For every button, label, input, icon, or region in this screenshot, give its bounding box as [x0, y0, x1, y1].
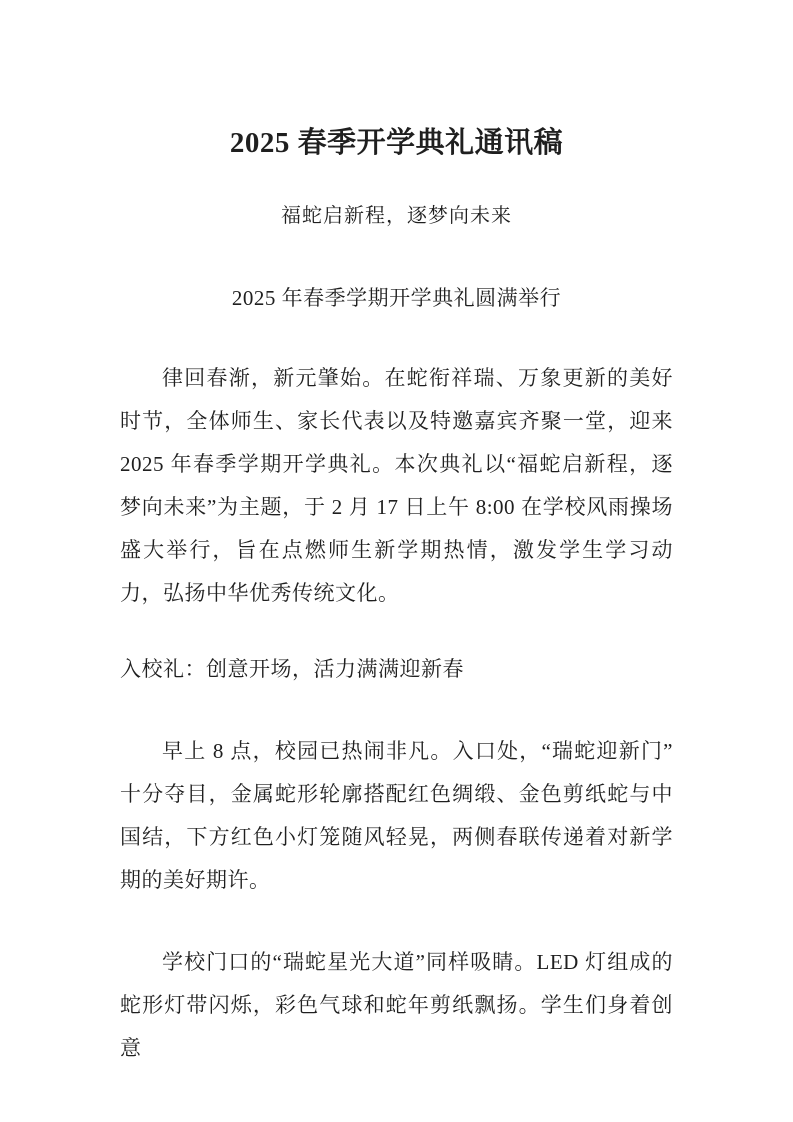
section-heading-entrance-ceremony: 入校礼：创意开场，活力满满迎新春: [120, 648, 673, 691]
document-title: 2025 春季开学典礼通讯稿: [120, 126, 673, 160]
document-subtitle: 福蛇启新程，逐梦向未来: [120, 202, 673, 230]
intro-paragraph: 律回春渐，新元肇始。在蛇衔祥瑞、万象更新的美好时节，全体师生、家长代表以及特邀嘉…: [120, 357, 673, 615]
article-headline: 2025 年春季学期开学典礼圆满举行: [120, 284, 673, 312]
section1-paragraph-gate: 早上 8 点，校园已热闹非凡。入口处，“瑞蛇迎新门”十分夺目，金属蛇形轮廓搭配红…: [120, 730, 673, 902]
section1-paragraph-starlight-avenue: 学校门口的“瑞蛇星光大道”同样吸睛。LED 灯组成的蛇形灯带闪烁，彩色气球和蛇年…: [120, 941, 673, 1070]
document-page: 2025 春季开学典礼通讯稿 福蛇启新程，逐梦向未来 2025 年春季学期开学典…: [0, 0, 793, 1122]
